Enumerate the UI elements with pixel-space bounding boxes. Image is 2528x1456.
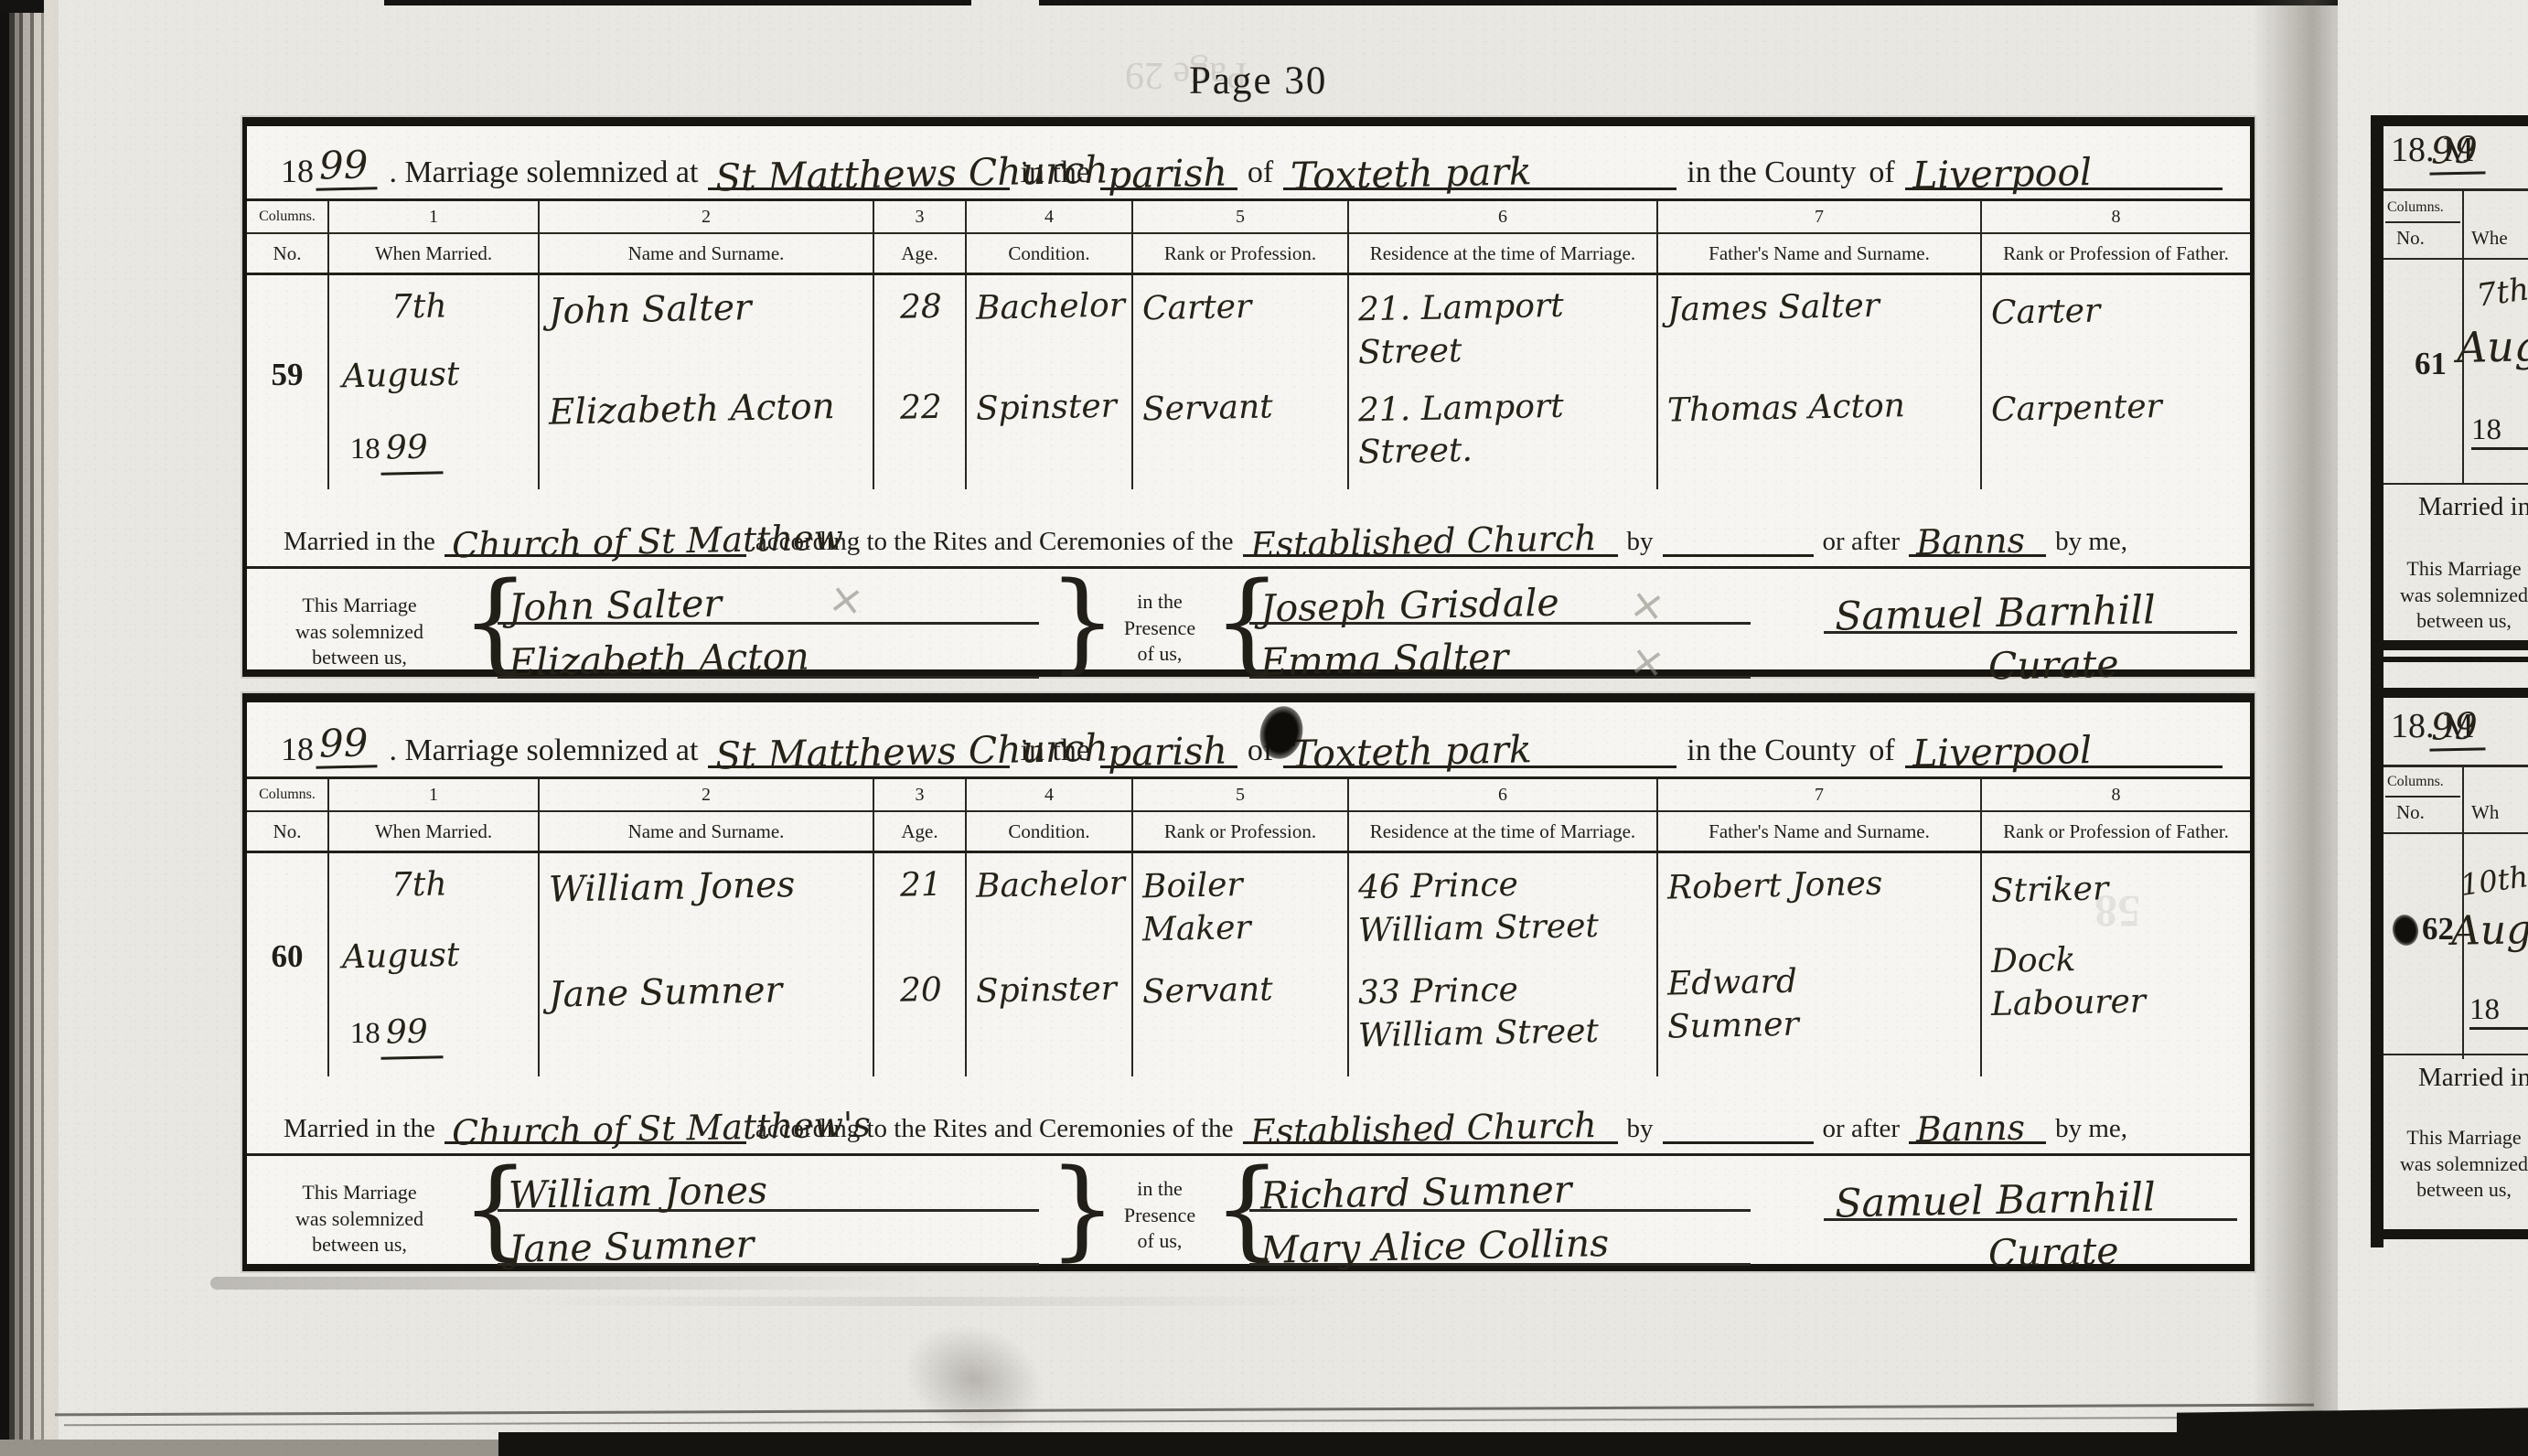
rites-blank: Established Church (1243, 1116, 1618, 1144)
groom-name: John Salter (549, 283, 873, 336)
bride-signature-line: Jane Sumner (498, 1212, 1039, 1266)
scanned-register-photo: Page 29 Page 30 1899. Marriage solemnize… (0, 0, 2528, 1456)
marriage-entry-60: 1899. Marriage solemnized at St Matthews… (242, 693, 2255, 1271)
rites-blank: Established Church (1243, 529, 1618, 557)
marriage-entry-59: 1899. Marriage solemnized at St Matthews… (242, 117, 2255, 677)
column-name-surname: 2 Name and Surname. (540, 779, 874, 851)
witness-signatures: Richard Sumner Mary Alice Collins (1249, 1158, 1751, 1266)
officiant-signature-block: Samuel Barnhill Curate (1824, 580, 2237, 689)
column-condition: 4 Condition. (967, 779, 1133, 851)
column-when-married: 1 When Married. (329, 779, 540, 851)
married-church-blank: Church of St Matthew's (445, 1116, 746, 1144)
cell-when-married: 7th August 1899 (329, 853, 540, 1076)
column-age: 3 Age. (874, 201, 967, 273)
county-blank: Liverpool (1905, 160, 2223, 190)
column-when-married: 1 When Married. (329, 201, 540, 273)
cell-conditions: Bachelor Spinster (967, 853, 1133, 1076)
scan-bottom-band (0, 1440, 521, 1456)
officiant-signature-block: Samuel Barnhill Curate (1824, 1167, 2237, 1276)
scan-top-edge (384, 0, 2528, 5)
signatures-row: This Marriage was solemnized between us,… (247, 569, 2250, 669)
cell-professions: BoilerMaker Servant (1133, 853, 1349, 1076)
cell-ages: 28 22 (874, 275, 967, 489)
banns-blank: Banns (1909, 1116, 2046, 1144)
party-signatures: William Jones Jane Sumner (498, 1158, 1039, 1266)
banns-blank: Banns (1909, 529, 2046, 557)
entry-data-row: 59 7th August 1899 John Salter Elizabeth… (247, 275, 2250, 489)
column-header-row: Columns. No. 1 When Married. 2 Name and … (247, 201, 2250, 275)
witness-signature-line: Richard Sumner (1249, 1158, 1751, 1212)
column-father-profession: 8 Rank or Profession of Father. (1982, 201, 2250, 273)
scan-bottom-corner (2177, 1408, 2528, 1456)
side-solemnized-label: This Marriage was solemnized between us, (2391, 1125, 2528, 1204)
side-table-top-border (2371, 115, 2528, 126)
church-written: St Matthews Church (715, 148, 1109, 200)
by-blank (1663, 1116, 1814, 1144)
solemnized-label: This Marriage was solemnized between us, (262, 593, 457, 671)
heading-county: in the County (1687, 155, 1856, 190)
officiant-title: Curate (1824, 1229, 2119, 1279)
heading-of: of (1248, 155, 1273, 190)
married-in-line: Married in the Church of St Matthew's ac… (247, 1076, 2250, 1156)
parish-written: Toxteth park (1291, 149, 1533, 198)
cell-names: William Jones Jane Sumner (540, 853, 874, 1076)
side-no-label: No. (2396, 227, 2425, 250)
county-written: Liverpool (1912, 728, 2092, 776)
presence-label: in the Presence of us, (1107, 1176, 1213, 1255)
heading-county: in the County (1687, 733, 1856, 768)
parish-word-blank: parish (1100, 738, 1237, 768)
parish-blank: Toxteth park (1283, 738, 1676, 768)
side-columns-label: Columns. (2387, 774, 2444, 790)
side-table-top-border (2371, 688, 2528, 698)
cell-conditions: Bachelor Spinster (967, 275, 1133, 489)
column-name-surname: 2 Name and Surname. (540, 201, 874, 273)
page-bottom-edge (55, 1404, 2314, 1417)
cell-father-professions: Carter Carpenter (1982, 275, 2250, 489)
groom-signature-line: William Jones (498, 1158, 1039, 1212)
officiant-signature-line: Samuel Barnhill (1824, 580, 2237, 634)
parish-word-blank: parish (1100, 160, 1237, 190)
year-written: 99 (315, 142, 378, 190)
column-age: 3 Age. (874, 779, 967, 851)
witness-signatures: Joseph Grisdale Emma Salter (1249, 571, 1751, 679)
parish-word-written: parish (1107, 151, 1227, 198)
married-church-blank: Church of St Matthew (445, 529, 746, 557)
solemnized-label: This Marriage was solemnized between us, (262, 1180, 457, 1258)
heading-text: . Marriage solemnized at (389, 155, 698, 190)
page-title: Page 30 (1189, 59, 1327, 103)
pencil-cross-mark: × (825, 573, 867, 626)
cell-residences: 46 PrinceWilliam Street 33 PrinceWilliam… (1349, 853, 1658, 1076)
cell-ages: 21 20 (874, 853, 967, 1076)
married-in-line: Married in the Church of St Matthew acco… (247, 489, 2250, 569)
witness-signature-line: Joseph Grisdale (1249, 571, 1751, 625)
column-father-name: 7 Father's Name and Surname. (1658, 779, 1982, 851)
witness-signature-line: Mary Alice Collins (1249, 1212, 1751, 1266)
year-written: 99 (315, 720, 378, 768)
bride-name: Elizabeth Acton (549, 383, 873, 436)
book-binding-edge (0, 0, 59, 1456)
party-signatures: John Salter Elizabeth Acton (498, 571, 1039, 679)
column-no: Columns. No. (247, 201, 329, 273)
by-blank (1663, 529, 1814, 557)
witness-signature-line: Emma Salter (1249, 625, 1751, 679)
side-no-label: No. (2396, 801, 2425, 824)
side-solemnized-label: This Marriage was solemnized between us, (2391, 556, 2528, 635)
column-no: Columns. No. (247, 779, 329, 851)
scan-top-edge-gap (971, 0, 1039, 5)
side-columns-label: Columns. (2387, 199, 2444, 216)
church-blank: St Matthews Church (708, 160, 1010, 190)
scan-smudge-streak (210, 1277, 924, 1290)
heading-of: of (1869, 155, 1894, 190)
heading-of: of (1869, 733, 1894, 768)
parish-word-written: parish (1107, 729, 1227, 776)
entry-data-row: 60 7th August 1899 William Jones Jane Su… (247, 853, 2250, 1076)
cell-entry-number: 59 (247, 275, 329, 489)
cell-fathers: James Salter Thomas Acton (1658, 275, 1982, 489)
entry-heading: 1899. Marriage solemnized at St Matthews… (247, 126, 2250, 201)
entry-heading: 1899. Marriage solemnized at St Matthews… (247, 702, 2250, 779)
side-when-partial: Whe (2471, 227, 2508, 250)
side-when-partial: Wh (2471, 801, 2499, 824)
ink-blot (2390, 913, 2420, 947)
signatures-row: This Marriage was solemnized between us,… (247, 1156, 2250, 1264)
column-header-row: Columns. No. 1 When Married. 2 Name and … (247, 779, 2250, 853)
presence-label: in the Presence of us, (1107, 589, 1213, 668)
side-table-bottom-border (2371, 640, 2528, 650)
column-rank-profession: 5 Rank or Profession. (1133, 201, 1349, 273)
year-prefix: 18 (281, 152, 314, 190)
cell-names: John Salter Elizabeth Acton (540, 275, 874, 489)
parish-blank: Toxteth park (1283, 160, 1676, 190)
cell-father-professions: Striker DockLabourer (1982, 853, 2250, 1076)
cell-when-married: 7th August 1899 (329, 275, 540, 489)
page-bottom-edge (64, 1417, 2305, 1427)
officiant-title: Curate (1824, 642, 2119, 692)
church-blank: St Matthews Church (708, 738, 1010, 768)
column-condition: 4 Condition. (967, 201, 1133, 273)
side-table-bottom-border (2371, 1229, 2528, 1239)
bride-name: Jane Sumner (549, 966, 873, 1019)
cell-professions: Carter Servant (1133, 275, 1349, 489)
church-written: St Matthews Church (715, 726, 1109, 778)
year-prefix: 18 (281, 730, 314, 768)
parish-written: Toxteth park (1291, 727, 1533, 776)
column-residence: 6 Residence at the time of Marriage. (1349, 779, 1658, 851)
pencil-cross-mark: × (1626, 635, 1668, 689)
side-entry-number: 61 (2415, 346, 2447, 382)
officiant-signature-line: Samuel Barnhill (1824, 1167, 2237, 1221)
groom-signature-line: John Salter (498, 571, 1039, 625)
cell-fathers: Robert Jones EdwardSumner (1658, 853, 1982, 1076)
cell-residences: 21. LamportStreet 21. LamportStreet. (1349, 275, 1658, 489)
column-father-profession: 8 Rank or Profession of Father. (1982, 779, 2250, 851)
county-written: Liverpool (1912, 150, 2092, 198)
scan-corner-mark (0, 0, 44, 13)
column-residence: 6 Residence at the time of Marriage. (1349, 201, 1658, 273)
side-entry-number: 62 (2422, 911, 2454, 947)
bride-signature-line: Elizabeth Acton (498, 625, 1039, 679)
cell-entry-number: 60 (247, 853, 329, 1076)
column-father-name: 7 Father's Name and Surname. (1658, 201, 1982, 273)
groom-name: William Jones (549, 861, 873, 914)
pencil-cross-mark: × (1626, 578, 1668, 632)
adjacent-page-fragment: 1899. M Columns. No. Whe 61 7th Aug 18 M… (2338, 0, 2528, 1456)
county-blank: Liverpool (1905, 738, 2223, 768)
column-rank-profession: 5 Rank or Profession. (1133, 779, 1349, 851)
side-table-border (2371, 115, 2383, 1247)
heading-text: . Marriage solemnized at (389, 733, 698, 768)
